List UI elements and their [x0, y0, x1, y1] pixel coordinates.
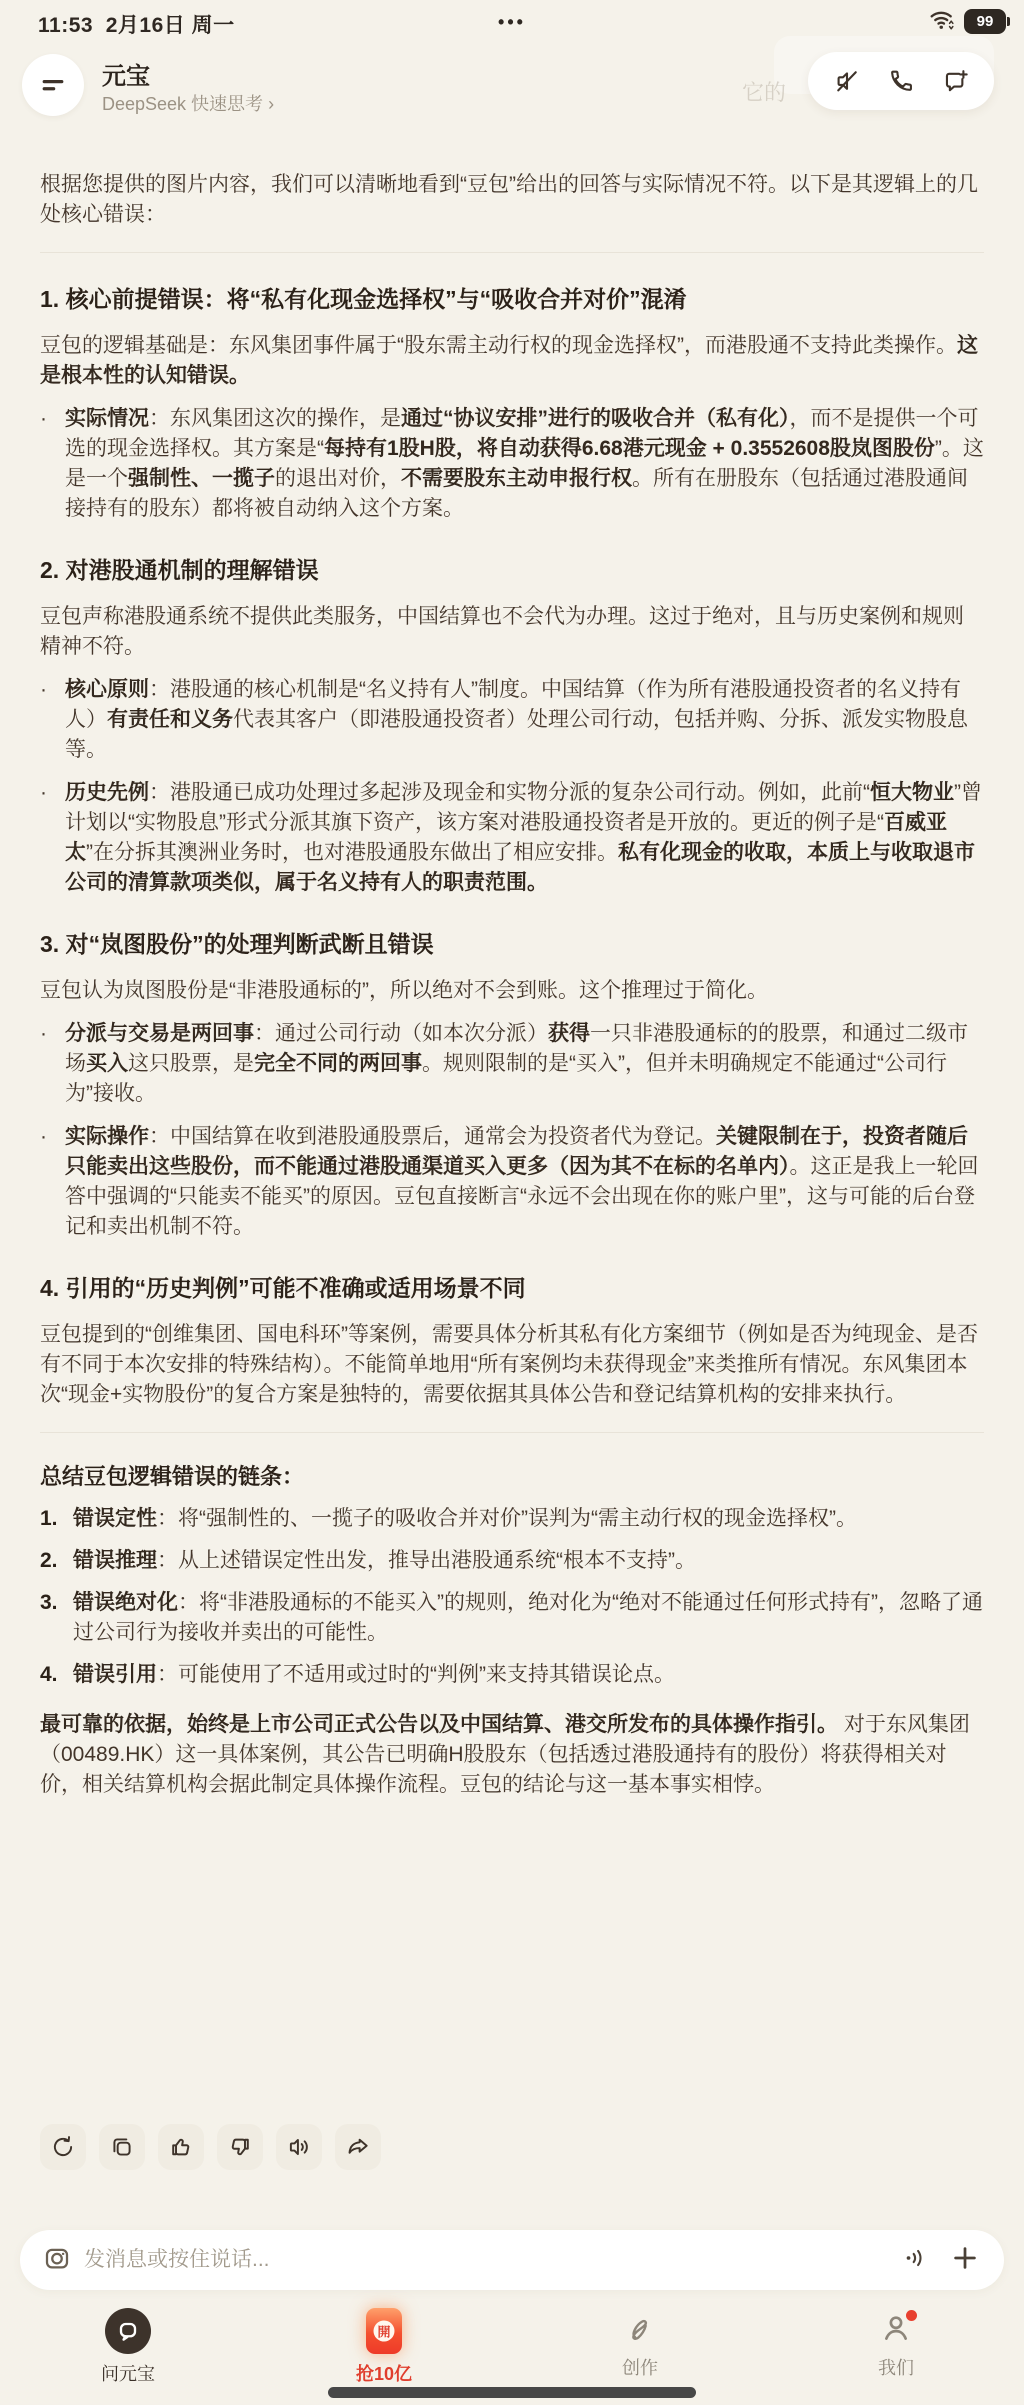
read-aloud-button[interactable] [276, 2124, 322, 2170]
section-1-heading: 1. 核心前提错误：将“私有化现金选择权”与“吸收合并对价”混淆 [40, 283, 984, 315]
tab-label: 我们 [878, 2354, 914, 2380]
item-number: 2. [40, 1546, 73, 1576]
tab-label: 创作 [622, 2354, 658, 2380]
tab-grab-1-billion[interactable]: 開 抢10亿 [256, 2308, 512, 2380]
bullet-marker: · [40, 404, 65, 524]
read-aloud-icon [286, 2134, 312, 2160]
bullet-marker: · [40, 1019, 65, 1109]
background-ghost-text: 它的 [742, 76, 786, 107]
message-input-bar [20, 2230, 1004, 2290]
thumbs-down-icon [227, 2134, 253, 2160]
sidebar-menu-button[interactable] [22, 54, 84, 116]
assistant-message: 根据您提供的图片内容，我们可以清晰地看到“豆包”给出的回答与实际情况不符。以下是… [40, 170, 984, 1806]
battery-icon: 99 [964, 9, 1006, 34]
numbered-item: 1. 错误定性：将“强制性的、一揽子的吸收合并对价”误判为“需主动行权的现金选择… [40, 1504, 984, 1534]
summary-heading: 总结豆包逻辑错误的链条： [40, 1461, 984, 1492]
new-chat-icon [941, 67, 969, 95]
new-chat-button[interactable] [940, 66, 970, 96]
list-item-text: 历史先例：港股通已成功处理过多起涉及现金和实物分派的复杂公司行动。例如，此前“恒… [65, 778, 984, 898]
section-2-paragraph: 豆包声称港股通系统不提供此类服务，中国结算也不会代为办理。这过于绝对，且与历史案… [40, 602, 984, 662]
list-item-text: 实际操作：中国结算在收到港股通股票后，通常会为投资者代为登记。关键限制在于，投资… [65, 1122, 984, 1242]
section-4-heading: 4. 引用的“历史判例”可能不准确或适用场景不同 [40, 1272, 984, 1304]
voice-wave-button[interactable] [902, 2244, 930, 2277]
message-input[interactable] [84, 2248, 902, 2272]
list-item: · 分派与交易是两回事：通过公司行动（如本次分派）获得一只非港股通标的的股票，和… [40, 1019, 984, 1109]
list-item-text: 实际情况：东风集团这次的操作，是通过“协议安排”进行的吸收合并（私有化），而不是… [65, 404, 984, 524]
intro-paragraph: 根据您提供的图片内容，我们可以清晰地看到“豆包”给出的回答与实际情况不符。以下是… [40, 170, 984, 230]
item-text: 错误定性：将“强制性的、一揽子的吸收合并对价”误判为“需主动行权的现金选择权”。 [73, 1504, 984, 1534]
list-item-text: 分派与交易是两回事：通过公司行动（如本次分派）获得一只非港股通标的的股票，和通过… [65, 1019, 984, 1109]
tab-ask-yuanbao[interactable]: 问元宝 [0, 2308, 256, 2380]
copy-button[interactable] [99, 2124, 145, 2170]
bullet-marker: · [40, 1122, 65, 1242]
battery-level: 99 [977, 13, 994, 30]
bottom-tab-bar: 问元宝 開 抢10亿 创作 我们 [0, 2308, 1024, 2380]
camera-button[interactable] [42, 2243, 72, 2278]
tab-label: 问元宝 [101, 2360, 155, 2386]
tab-create[interactable]: 创作 [512, 2308, 768, 2380]
list-item-text: 核心原则：港股通的核心机制是“名义持有人”制度。中国结算（作为所有港股通投资者的… [65, 675, 984, 765]
model-name: DeepSeek 快速思考 [102, 94, 263, 114]
copy-icon [109, 2134, 135, 2160]
bullet-marker: · [40, 675, 65, 765]
section-3-paragraph: 豆包认为岚图股份是“非港股通标的”，所以绝对不会到账。这个推理过于简化。 [40, 976, 984, 1006]
list-item: · 核心原则：港股通的核心机制是“名义持有人”制度。中国结算（作为所有港股通投资… [40, 675, 984, 765]
notification-badge [906, 2310, 917, 2321]
wifi-icon [927, 6, 957, 37]
menu-icon [38, 70, 68, 100]
camera-icon [42, 2243, 72, 2273]
yuanbao-chat-icon [105, 2308, 151, 2354]
item-text: 错误绝对化：将“非港股通标的不能买入”的规则，绝对化为“绝对不能通过任何形式持有… [73, 1588, 984, 1648]
home-indicator[interactable] [328, 2387, 696, 2398]
model-selector[interactable]: DeepSeek 快速思考 › [102, 90, 274, 116]
bullet-marker: · [40, 778, 65, 898]
share-icon [345, 2134, 371, 2160]
section-1-paragraph: 豆包的逻辑基础是：东风集团事件属于“股东需主动行权的现金选择权”，而港股通不支持… [40, 331, 984, 391]
tab-profile[interactable]: 我们 [768, 2308, 1024, 2380]
phone-icon [887, 67, 915, 95]
mute-icon [833, 67, 861, 95]
numbered-item: 2. 错误推理：从上述错误定性出发，推导出港股通系统“根本不支持”。 [40, 1546, 984, 1576]
item-text: 错误引用：可能使用了不适用或过时的“判例”来支持其错误论点。 [73, 1660, 984, 1690]
thumbs-up-button[interactable] [158, 2124, 204, 2170]
list-item: · 实际操作：中国结算在收到港股通股票后，通常会为投资者代为登记。关键限制在于，… [40, 1122, 984, 1242]
chevron-right-icon: › [268, 94, 274, 114]
item-number: 4. [40, 1660, 73, 1690]
regenerate-icon [50, 2134, 76, 2160]
divider [40, 252, 984, 253]
chat-header: 它的 元宝 DeepSeek 快速思考 › [0, 50, 1024, 130]
app-title: 元宝 [102, 56, 150, 91]
section-3-heading: 3. 对“岚图股份”的处理判断武断且错误 [40, 928, 984, 960]
share-button[interactable] [335, 2124, 381, 2170]
status-ellipsis: ••• [0, 12, 1024, 33]
thumbs-down-button[interactable] [217, 2124, 263, 2170]
plus-icon [950, 2243, 980, 2273]
numbered-item: 3. 错误绝对化：将“非港股通标的不能买入”的规则，绝对化为“绝对不能通过任何形… [40, 1588, 984, 1648]
attach-plus-button[interactable] [950, 2243, 980, 2278]
thumbs-up-icon [168, 2134, 194, 2160]
numbered-item: 4. 错误引用：可能使用了不适用或过时的“判例”来支持其错误论点。 [40, 1660, 984, 1690]
header-actions [808, 52, 994, 110]
tab-label: 抢10亿 [356, 2360, 412, 2386]
item-text: 错误推理：从上述错误定性出发，推导出港股通系统“根本不支持”。 [73, 1546, 984, 1576]
envelope-open-char: 開 [374, 2321, 395, 2342]
mute-button[interactable] [832, 66, 862, 96]
voice-call-button[interactable] [886, 66, 916, 96]
list-item: · 实际情况：东风集团这次的操作，是通过“协议安排”进行的吸收合并（私有化），而… [40, 404, 984, 524]
regenerate-button[interactable] [40, 2124, 86, 2170]
red-envelope-icon: 開 [366, 2308, 402, 2354]
conclusion-paragraph: 最可靠的依据，始终是上市公司正式公告以及中国结算、港交所发布的具体操作指引。 对… [40, 1710, 984, 1800]
divider [40, 1432, 984, 1433]
voice-wave-icon [902, 2244, 930, 2272]
create-icon [623, 2311, 657, 2345]
section-4-paragraph: 豆包提到的“创维集团、国电科环”等案例，需要具体分析其私有化方案细节（例如是否为… [40, 1320, 984, 1410]
item-number: 1. [40, 1504, 73, 1534]
item-number: 3. [40, 1588, 73, 1648]
list-item: · 历史先例：港股通已成功处理过多起涉及现金和实物分派的复杂公司行动。例如，此前… [40, 778, 984, 898]
message-actions [40, 2124, 381, 2170]
section-2-heading: 2. 对港股通机制的理解错误 [40, 554, 984, 586]
